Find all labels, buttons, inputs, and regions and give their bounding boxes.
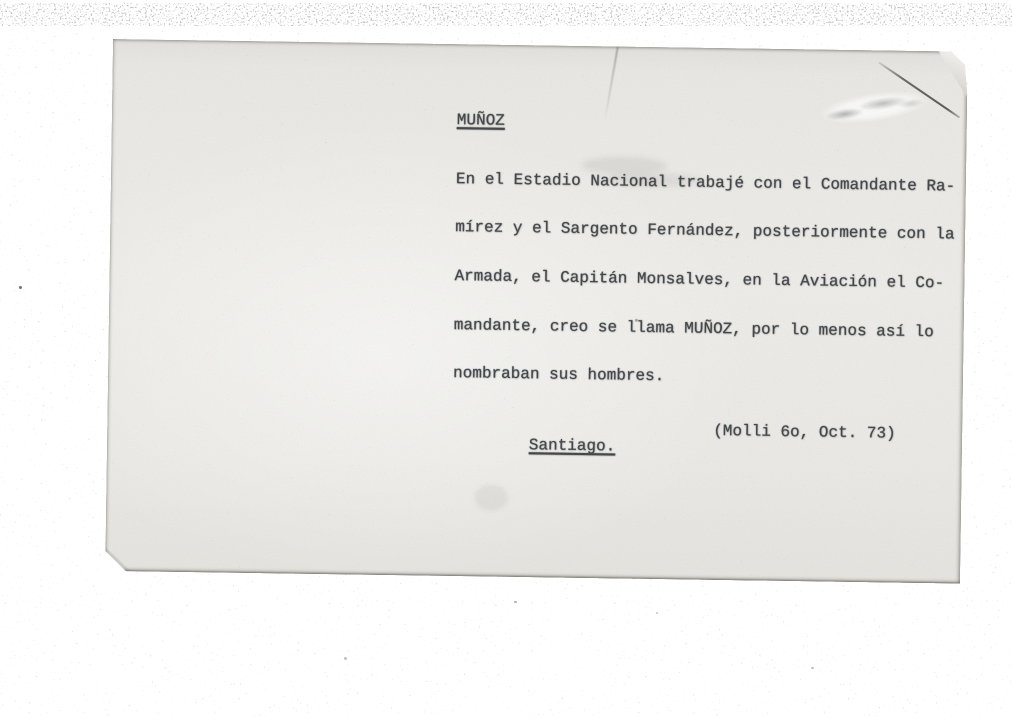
ink-speck: [656, 612, 658, 614]
note-body-line: mírez y el Sargento Fernández, posterior…: [455, 220, 969, 244]
ink-speck: [19, 286, 22, 289]
note-signature-line: Santiago. (Molli 6o, Oct. 73): [451, 419, 966, 495]
corner-shadow: [105, 547, 131, 571]
note-heading: MUÑOZ: [457, 112, 505, 131]
ink-speck: [514, 601, 517, 603]
note-body-line: Armada, el Capitán Monsalves, en la Avia…: [454, 268, 968, 292]
note-body-line: En el Estadio Nacional trabajé con el Co…: [456, 171, 970, 195]
note-citation: (Molli 6o, Oct. 73): [713, 423, 896, 443]
note-body-line: nombraban sus hombres.: [453, 365, 967, 389]
typewritten-note: MUÑOZ En el Estadio Nacional trabajé con…: [451, 80, 971, 527]
ink-speck: [811, 667, 814, 669]
ink-speck: [344, 657, 347, 660]
note-heading-line: MUÑOZ: [457, 113, 971, 138]
note-signature: Santiago.: [529, 436, 616, 455]
index-card: MUÑOZ En el Estadio Nacional trabajé con…: [105, 39, 968, 584]
scanned-page: MUÑOZ En el Estadio Nacional trabajé con…: [0, 0, 1012, 717]
note-body-line: mandante, creo se llama MUÑOZ, por lo me…: [454, 317, 968, 341]
